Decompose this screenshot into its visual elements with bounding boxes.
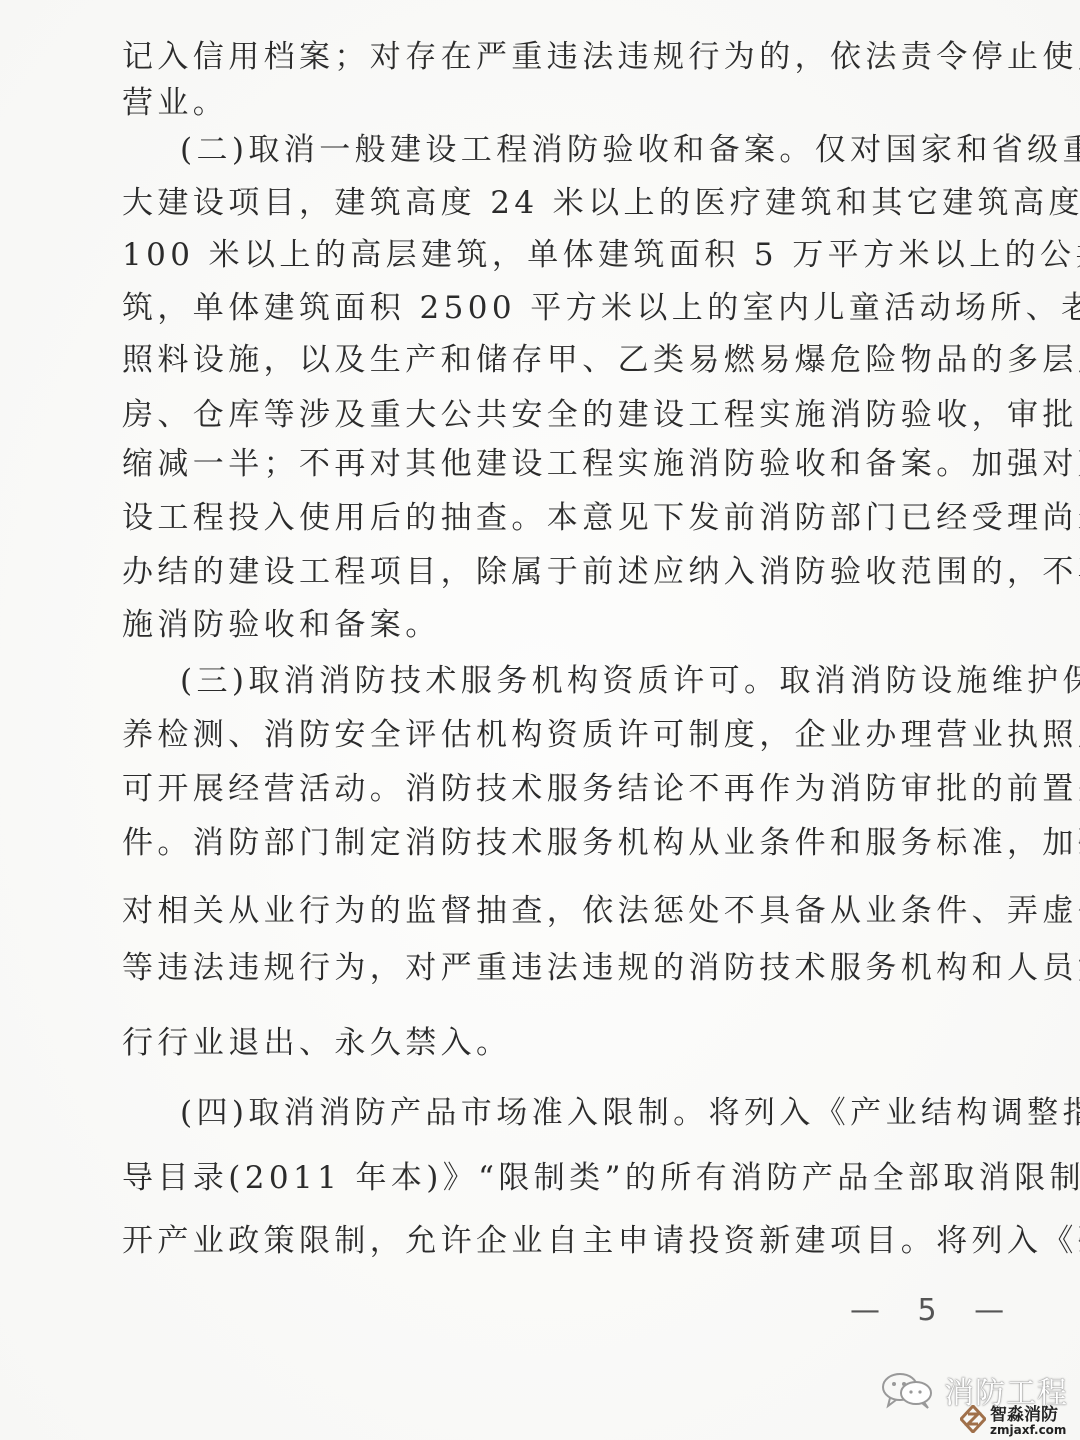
text-line: 100 米以上的高层建筑，单体建筑面积 5 万平方米以上的公共建 bbox=[122, 232, 984, 278]
zm-logo-icon bbox=[960, 1405, 986, 1437]
text-line: 开产业政策限制，允许企业自主申请投资新建项目。将列入《强制 bbox=[122, 1218, 984, 1264]
wechat-icon bbox=[880, 1370, 938, 1410]
text-line: 可开展经营活动。消防技术服务结论不再作为消防审批的前置条 bbox=[122, 766, 984, 812]
text-line: 设工程投入使用后的抽查。本意见下发前消防部门已经受理尚未 bbox=[122, 495, 984, 541]
text-line: 大建设项目，建筑高度 24 米以上的医疗建筑和其它建筑高度 bbox=[122, 180, 984, 226]
text-line: 施消防验收和备案。 bbox=[122, 602, 984, 648]
text-line: 对相关从业行为的监督抽查，依法惩处不具备从业条件、弄虚作假 bbox=[122, 888, 984, 934]
text-line: 房、仓库等涉及重大公共安全的建设工程实施消防验收，审批时限 bbox=[122, 392, 984, 438]
text-line: 等违法违规行为，对严重违法违规的消防技术服务机构和人员实 bbox=[122, 945, 984, 991]
section-heading-line: (四)取消消防产品市场准入限制。将列入《产业结构调整指 bbox=[180, 1090, 984, 1136]
text-line: 照料设施，以及生产和储存甲、乙类易燃易爆危险物品的多层厂 bbox=[122, 337, 984, 383]
text-line: 记入信用档案；对存在严重违法违规行为的，依法责令停止使用 bbox=[122, 34, 984, 80]
text-line: 筑，单体建筑面积 2500 平方米以上的室内儿童活动场所、老年人 bbox=[122, 285, 984, 331]
text-line: 件。消防部门制定消防技术服务机构从业条件和服务标准，加强 bbox=[122, 820, 984, 866]
text-line: 养检测、消防安全评估机构资质许可制度，企业办理营业执照后即 bbox=[122, 712, 984, 758]
page-number: — 5 — bbox=[850, 1293, 1018, 1328]
site-url: zmjaxf.com bbox=[990, 1424, 1066, 1436]
text-line: 行行业退出、永久禁入。 bbox=[122, 1020, 984, 1066]
scanned-document-page: 记入信用档案；对存在严重违法违规行为的，依法责令停止使用 营业。 (二)取消一般… bbox=[0, 0, 1080, 1440]
text-line: 营业。 bbox=[122, 80, 984, 126]
section-heading-line: (二)取消一般建设工程消防验收和备案。仅对国家和省级重 bbox=[180, 127, 984, 173]
site-logo-watermark: 智淼消防 zmjaxf.com bbox=[960, 1405, 1066, 1437]
text-line: 缩减一半；不再对其他建设工程实施消防验收和备案。加强对建 bbox=[122, 441, 984, 487]
text-line: 办结的建设工程项目，除属于前述应纳入消防验收范围的，不再实 bbox=[122, 549, 984, 595]
section-heading-line: (三)取消消防技术服务机构资质许可。取消消防设施维护保 bbox=[180, 658, 984, 704]
site-name: 智淼消防 bbox=[990, 1407, 1066, 1424]
text-line: 导目录(2011 年本)》“限制类”的所有消防产品全部取消限制，放 bbox=[122, 1155, 984, 1201]
